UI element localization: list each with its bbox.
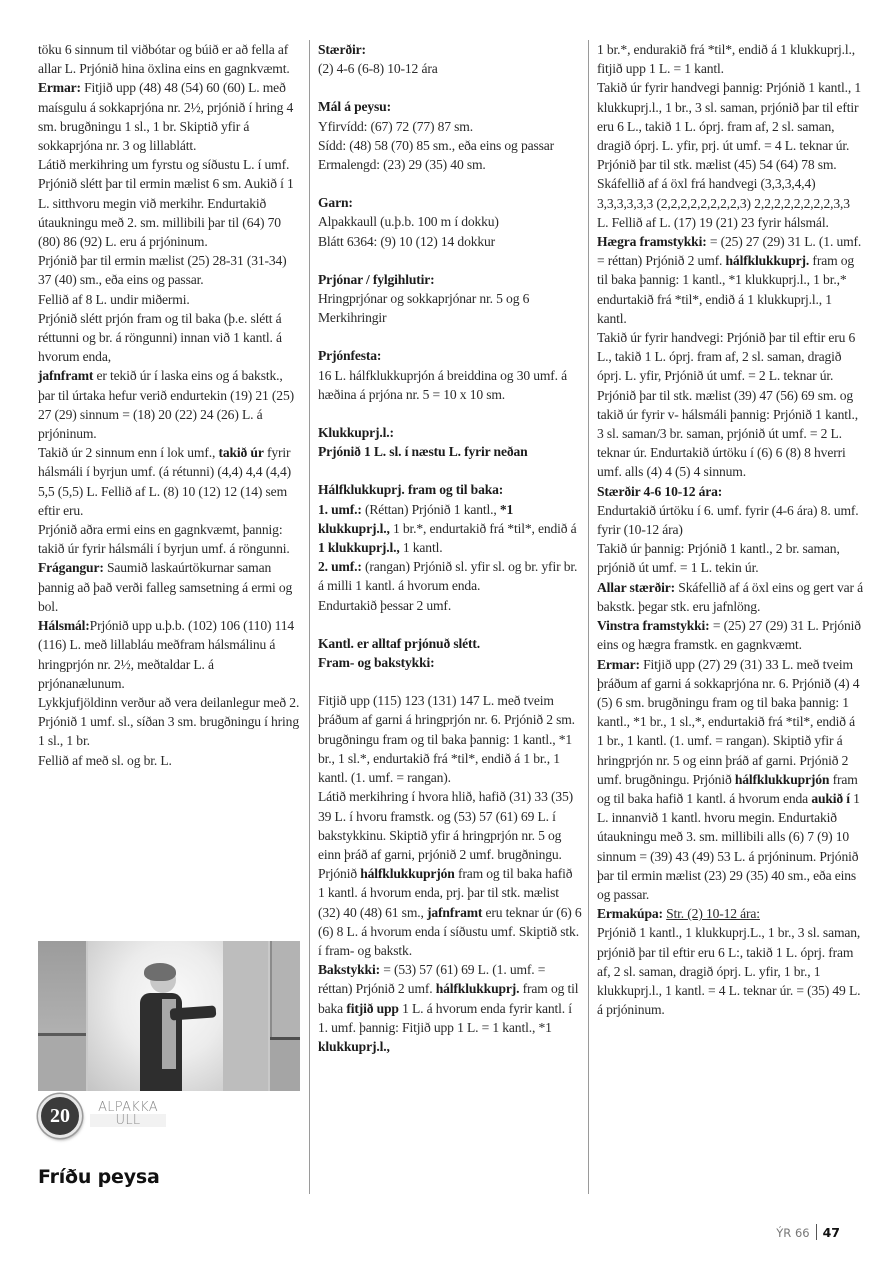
all-sizes-paragraph: Allar stærðir: Skáfellið af á öxl eins o… bbox=[597, 578, 863, 616]
heading-brioche: Klukkuprj.l.: bbox=[318, 425, 394, 440]
yarn-brand-label: ALPAKKA ULL bbox=[90, 1101, 166, 1127]
page-number: 47 bbox=[823, 1225, 840, 1240]
gauge-text: 16 L. hálfklukkuprjón á breiddina og 30 … bbox=[318, 366, 582, 404]
repeat-note: Endurtakið þessar 2 umf. bbox=[318, 596, 582, 615]
heading-needles: Prjónar / fylgihlutir: bbox=[318, 272, 435, 287]
paragraph: Prjónið þar til ermin mælist (25) 28-31 … bbox=[38, 251, 300, 289]
emphasis: jafnframt bbox=[38, 368, 93, 383]
yarn-line: Blátt 6364: (9) 10 (12) 14 dokkur bbox=[318, 232, 582, 251]
column-1: töku 6 sinnum til viðbótar og búið er að… bbox=[38, 40, 300, 770]
measurement-line: Ermalengd: (23) 29 (35) 40 sm. bbox=[318, 155, 582, 174]
sizes-value: (2) 4-6 (6-8) 10-12 ára bbox=[318, 59, 582, 78]
paragraph: Takið úr fyrir handvegi þannig: Prjónið … bbox=[597, 78, 863, 155]
paragraph: Takið úr þannig: Prjónið 1 kantl., 2 br.… bbox=[597, 539, 863, 577]
magazine-issue: ÝR 66 bbox=[776, 1226, 809, 1240]
paragraph-finishing: Frágangur: Saumið laskaúrtökurnar saman … bbox=[38, 558, 300, 616]
right-front-paragraph: Hægra framstykki: = (25) 27 (29) 31 L. (… bbox=[597, 232, 863, 328]
heading-sizes-4-6-10-12: Stærðir 4-6 10-12 ára: bbox=[597, 484, 722, 499]
section-label: Hálsmál: bbox=[38, 618, 90, 633]
paragraph: töku 6 sinnum til viðbótar og búið er að… bbox=[38, 40, 300, 78]
paragraph-neckline: Hálsmál:Prjónið upp u.þ.b. (102) 106 (11… bbox=[38, 616, 300, 693]
back-piece-paragraph: Bakstykki: = (53) 57 (61) 69 L. (1. umf.… bbox=[318, 960, 582, 1056]
paragraph: Lykkjufjöldinn verður að vera deilanleg­… bbox=[38, 693, 300, 712]
paragraph: Prjónið slétt prjón fram og til baka (þ.… bbox=[38, 309, 300, 443]
pattern-photo bbox=[38, 941, 300, 1091]
pattern-title: Fríðu peysa bbox=[38, 1166, 160, 1188]
heading-body: Fram- og bakstykki: bbox=[318, 655, 434, 670]
paragraph: Prjónið þar til stk. mælist (45) 54 (64)… bbox=[597, 155, 863, 232]
needles-line: Merkihringir bbox=[318, 308, 582, 327]
column-divider bbox=[309, 40, 310, 1194]
body-paragraph: Látið merkihring í hvora hlið, hafið (31… bbox=[318, 787, 582, 864]
section-label: Ermar: bbox=[38, 80, 81, 95]
row-2-instructions: 2. umf.: (rangan) Prjónið sl. yfir sl. o… bbox=[318, 557, 582, 595]
sleeve-cap-heading: Ermakúpa: Str. (2) 10-12 ára: bbox=[597, 904, 863, 923]
photo-wall bbox=[223, 941, 268, 1091]
footer-divider bbox=[816, 1224, 817, 1240]
paragraph: 1 br.*, endurakið frá *til*, endið á 1 k… bbox=[597, 40, 863, 78]
page-footer: ÝR 6647 bbox=[776, 1224, 840, 1240]
body-paragraph: Prjónið hálfklukkuprjón fram og til baka… bbox=[318, 864, 582, 960]
paragraph: Fellið af 8 L. undir miðermi. bbox=[38, 290, 300, 309]
paragraph-sleeves: Ermar: Fitjið upp (48) 48 (54) 60 (60) L… bbox=[38, 78, 300, 155]
paragraph: Fellið af með sl. og br. L. bbox=[38, 751, 300, 770]
body-paragraph: Fitjið upp (115) 123 (131) 147 L. með tv… bbox=[318, 691, 582, 787]
sleeves-paragraph: Ermar: Fitjið upp (27) 29 (31) 33 L. með… bbox=[597, 655, 863, 905]
paragraph: Endurtakið úrtöku í 6. umf. fyrir (4-6 á… bbox=[597, 501, 863, 539]
column-2: Stærðir: (2) 4-6 (6-8) 10-12 ára Mál á p… bbox=[318, 40, 582, 1056]
left-front-paragraph: Vinstra framstykki: = (25) 27 (29) 31 L.… bbox=[597, 616, 863, 654]
photo-door-panel bbox=[270, 1037, 300, 1091]
section-label: Frágangur: bbox=[38, 560, 104, 575]
column-3: 1 br.*, endurakið frá *til*, endið á 1 k… bbox=[597, 40, 863, 1019]
heading-sizes: Stærðir: bbox=[318, 42, 366, 57]
paragraph: Prjónið 1 umf. sl., síðan 3 sm. brugðn­i… bbox=[38, 712, 300, 750]
brioche-text: Prjónið 1 L. sl. í næstu L. fyrir neðan bbox=[318, 444, 528, 459]
photo-wainscot bbox=[38, 1033, 86, 1091]
heading-yarn: Garn: bbox=[318, 195, 353, 210]
heading-measurements: Mál á peysu: bbox=[318, 99, 391, 114]
column-divider bbox=[588, 40, 589, 1194]
measurement-line: Yfirvídd: (67) 72 (77) 87 sm. bbox=[318, 117, 582, 136]
measurement-line: Sídd: (48) 58 (70) 85 sm., eða eins og p… bbox=[318, 136, 582, 155]
yarn-line: Alpakkaull (u.þ.b. 100 m í dokku) bbox=[318, 212, 582, 231]
paragraph: Takið úr fyrir handvegi: Prjónið þar til… bbox=[597, 328, 863, 482]
photo-figure-hat bbox=[144, 963, 176, 981]
paragraph: Látið merkihring um fyrstu og síðustu L.… bbox=[38, 155, 300, 174]
pattern-number-badge: 20 bbox=[38, 1094, 82, 1138]
heading-half-brioche: Hálfklukkuprj. fram og til baka: bbox=[318, 482, 503, 497]
paragraph: Takið úr 2 sinnum enn í lok umf., takið … bbox=[38, 443, 300, 520]
brand-line-2: ULL bbox=[90, 1114, 166, 1127]
paragraph: Prjónið slétt þar til ermin mælist 6 sm.… bbox=[38, 174, 300, 251]
sleeve-cap-paragraph: Prjónið 1 kantl., 1 klukkuprj.L., 1 br.,… bbox=[597, 923, 863, 1019]
heading-gauge: Prjónfesta: bbox=[318, 348, 381, 363]
paragraph: Prjónið aðra ermi eins en gagnkvæmt, þan… bbox=[38, 520, 300, 558]
emphasis: takið úr bbox=[218, 445, 263, 460]
edge-stitch-note: Kantl. er alltaf prjónuð slétt. bbox=[318, 636, 480, 651]
row-1-instructions: 1. umf.: (Réttan) Prjónið 1 kantl., *1 k… bbox=[318, 500, 582, 558]
needles-line: Hringprjónar og sokkaprjónar nr. 5 og 6 bbox=[318, 289, 582, 308]
